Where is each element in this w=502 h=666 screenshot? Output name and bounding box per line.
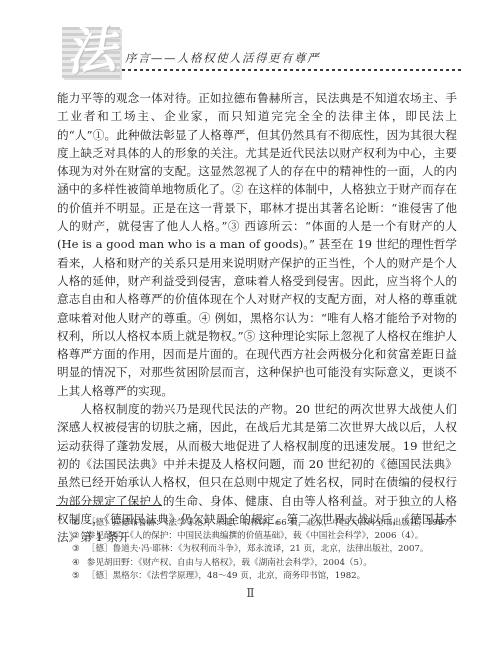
footnote-marker: ③ bbox=[57, 543, 87, 556]
footnote-text: ［德］拉德布鲁赫：《法学导论》，米健、朱林译，66 页，北京，中国大百科全书出版… bbox=[87, 517, 458, 530]
page-title: 序言——人格权使人活得更有尊严 bbox=[125, 50, 320, 66]
footnote-text: ［德］黑格尔：《法哲学原理》，48～49 页，北京，商务印书馆，1982。 bbox=[87, 570, 458, 583]
footnotes-block: ① ［德］拉德布鲁赫：《法学导论》，米健、朱林译，66 页，北京，中国大百科全书… bbox=[57, 517, 458, 583]
footnote-item: ③ ［德］鲁道夫·冯·耶林：《为权利而斗争》，郑永流译，21 页，北京，法律出版… bbox=[57, 543, 458, 556]
footnote-text: 参见薛军：《人的保护：中国民法典编撰的价值基础》，载《中国社会科学》，2006（… bbox=[87, 530, 458, 543]
body-text-block: 能力平等的观念一体对待。正如拉德布鲁赫所言，民法典是不知道农场主、手工业者和工场… bbox=[57, 89, 457, 546]
book-page: 法 序言——人格权使人活得更有尊严 能力平等的观念一体对待。正如拉德布鲁赫所言，… bbox=[0, 0, 502, 666]
body-paragraph: 能力平等的观念一体对待。正如拉德布鲁赫所言，民法典是不知道农场主、手工业者和工场… bbox=[57, 89, 457, 400]
footnote-text: ［德］鲁道夫·冯·耶林：《为权利而斗争》，郑永流译，21 页，北京，法律出版社，… bbox=[87, 543, 458, 556]
footnote-marker: ④ bbox=[57, 557, 87, 570]
footnote-item: ⑤ ［德］黑格尔：《法哲学原理》，48～49 页，北京，商务印书馆，1982。 bbox=[57, 570, 458, 583]
law-seal-logo: 法 bbox=[62, 27, 120, 78]
footnote-marker: ① bbox=[57, 517, 87, 530]
seal-character: 法 bbox=[64, 21, 118, 80]
title-underline-divider bbox=[122, 69, 461, 71]
footnote-divider bbox=[56, 505, 162, 506]
footnote-item: ① ［德］拉德布鲁赫：《法学导论》，米健、朱林译，66 页，北京，中国大百科全书… bbox=[57, 517, 458, 530]
footnote-marker: ② bbox=[57, 530, 87, 543]
footnote-text: 参见胡田野：《财产权、自由与人格权》，载《湖南社会科学》，2004（5）。 bbox=[87, 557, 458, 570]
footnote-marker: ⑤ bbox=[57, 570, 87, 583]
page-number: Ⅱ bbox=[0, 586, 502, 600]
footnote-item: ④ 参见胡田野：《财产权、自由与人格权》，载《湖南社会科学》，2004（5）。 bbox=[57, 557, 458, 570]
footnote-item: ② 参见薛军：《人的保护：中国民法典编撰的价值基础》，载《中国社会科学》，200… bbox=[57, 530, 458, 543]
